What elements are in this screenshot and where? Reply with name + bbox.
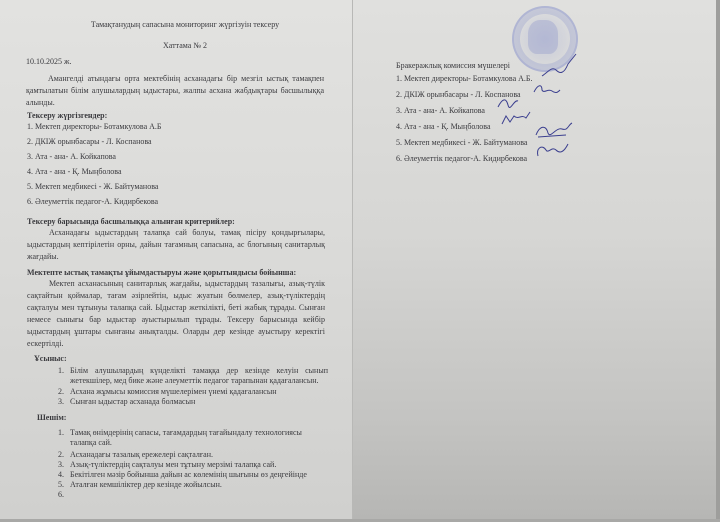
organization-heading: Мектепте ыстық тамақты ұйымдастыруы және…: [27, 268, 296, 278]
commission-member: 3. Ата - ана- А. Койкапова: [396, 106, 485, 116]
signature-icon: [540, 52, 580, 82]
page-right-edge: [716, 0, 720, 522]
organization-paragraph: Мектеп асханасының санитарлық жағдайы, ы…: [27, 278, 325, 350]
decision-item: Аталған кемшіліктер дер кезінде жойылсын…: [70, 480, 222, 490]
commission-member: 6. Әлеуметтік педагог-А. Кидирбекова: [396, 154, 527, 164]
document-title: Тамақтанудың сапасына мониторинг жүргізу…: [40, 20, 330, 30]
inspector-item: 1. Мектеп директоры- Ботамкулова А.Б: [27, 122, 161, 132]
decision-item: Азық-түліктердің сақталуы мен тұтыну мер…: [70, 460, 276, 470]
intro-paragraph: Амангелді атындағы орта мектебінің асхан…: [26, 73, 324, 109]
document-date: 10.10.2025 ж.: [26, 57, 72, 67]
criteria-heading: Тексеру барысында басшылыққа алынған кри…: [27, 217, 235, 227]
decision-num: 1.: [58, 428, 64, 438]
proposal-num: 3.: [58, 397, 64, 407]
commission-member: 5. Мектеп медбикесі - Ж. Байтуманова: [396, 138, 527, 148]
proposal-num: 2.: [58, 387, 64, 397]
signature-icon: [500, 110, 532, 128]
decision-item: Тамақ өнімдерінің сапасы, тағамдардың та…: [70, 428, 315, 448]
inspector-item: 2. ДКІЖ орынбасары - Л. Коспанова: [27, 137, 152, 147]
inspectors-heading: Тексеру жүргізгендер:: [27, 111, 107, 121]
decision-num: 5.: [58, 480, 64, 490]
proposal-heading: Ұсыныс:: [34, 354, 67, 364]
signature-icon: [532, 82, 562, 98]
decision-num: 6.: [58, 490, 64, 500]
signature-icon: [534, 140, 570, 160]
proposal-item: Білім алушылардың күнделікті тамаққа дер…: [70, 366, 328, 386]
inspector-item: 6. Әлеуметтік педагог-А. Кидирбекова: [27, 197, 158, 207]
inspector-item: 3. Ата - ана- А. Койкапова: [27, 152, 116, 162]
decision-num: 3.: [58, 460, 64, 470]
proposal-item: Асхана жұмысы комиссия мүшелерімен үнемі…: [70, 387, 276, 397]
commission-member: 1. Мектеп директоры- Ботамкулова А.Б.: [396, 74, 532, 84]
decision-item: Бекітілген мәзір бойынша дайын ас көлемі…: [70, 470, 307, 480]
commission-heading: Бракеражлық комиссия мүшелері: [396, 61, 510, 71]
decision-num: 2.: [58, 450, 64, 460]
criteria-paragraph: Асханадағы ыдыстардың талапқа сай болуы,…: [27, 227, 325, 263]
inspector-item: 5. Мектеп медбикесі - Ж. Байтуманова: [27, 182, 158, 192]
signature-icon: [496, 95, 522, 111]
commission-member: 4. Ата - ана - Қ. Мыңболова: [396, 122, 491, 132]
protocol-number: Хаттама № 2: [40, 41, 330, 51]
decision-num: 4.: [58, 470, 64, 480]
proposal-item: Сынған ыдыстар асханада болмасын: [70, 397, 195, 407]
page-fold-divider: [352, 0, 353, 522]
proposal-num: 1.: [58, 366, 64, 376]
decision-item: Асханадағы тазалық ережелері сақталған.: [70, 450, 213, 460]
decision-heading: Шешім:: [37, 413, 66, 423]
inspector-item: 4. Ата - ана - Қ. Мыңболова: [27, 167, 122, 177]
emblem-icon: [528, 20, 558, 54]
